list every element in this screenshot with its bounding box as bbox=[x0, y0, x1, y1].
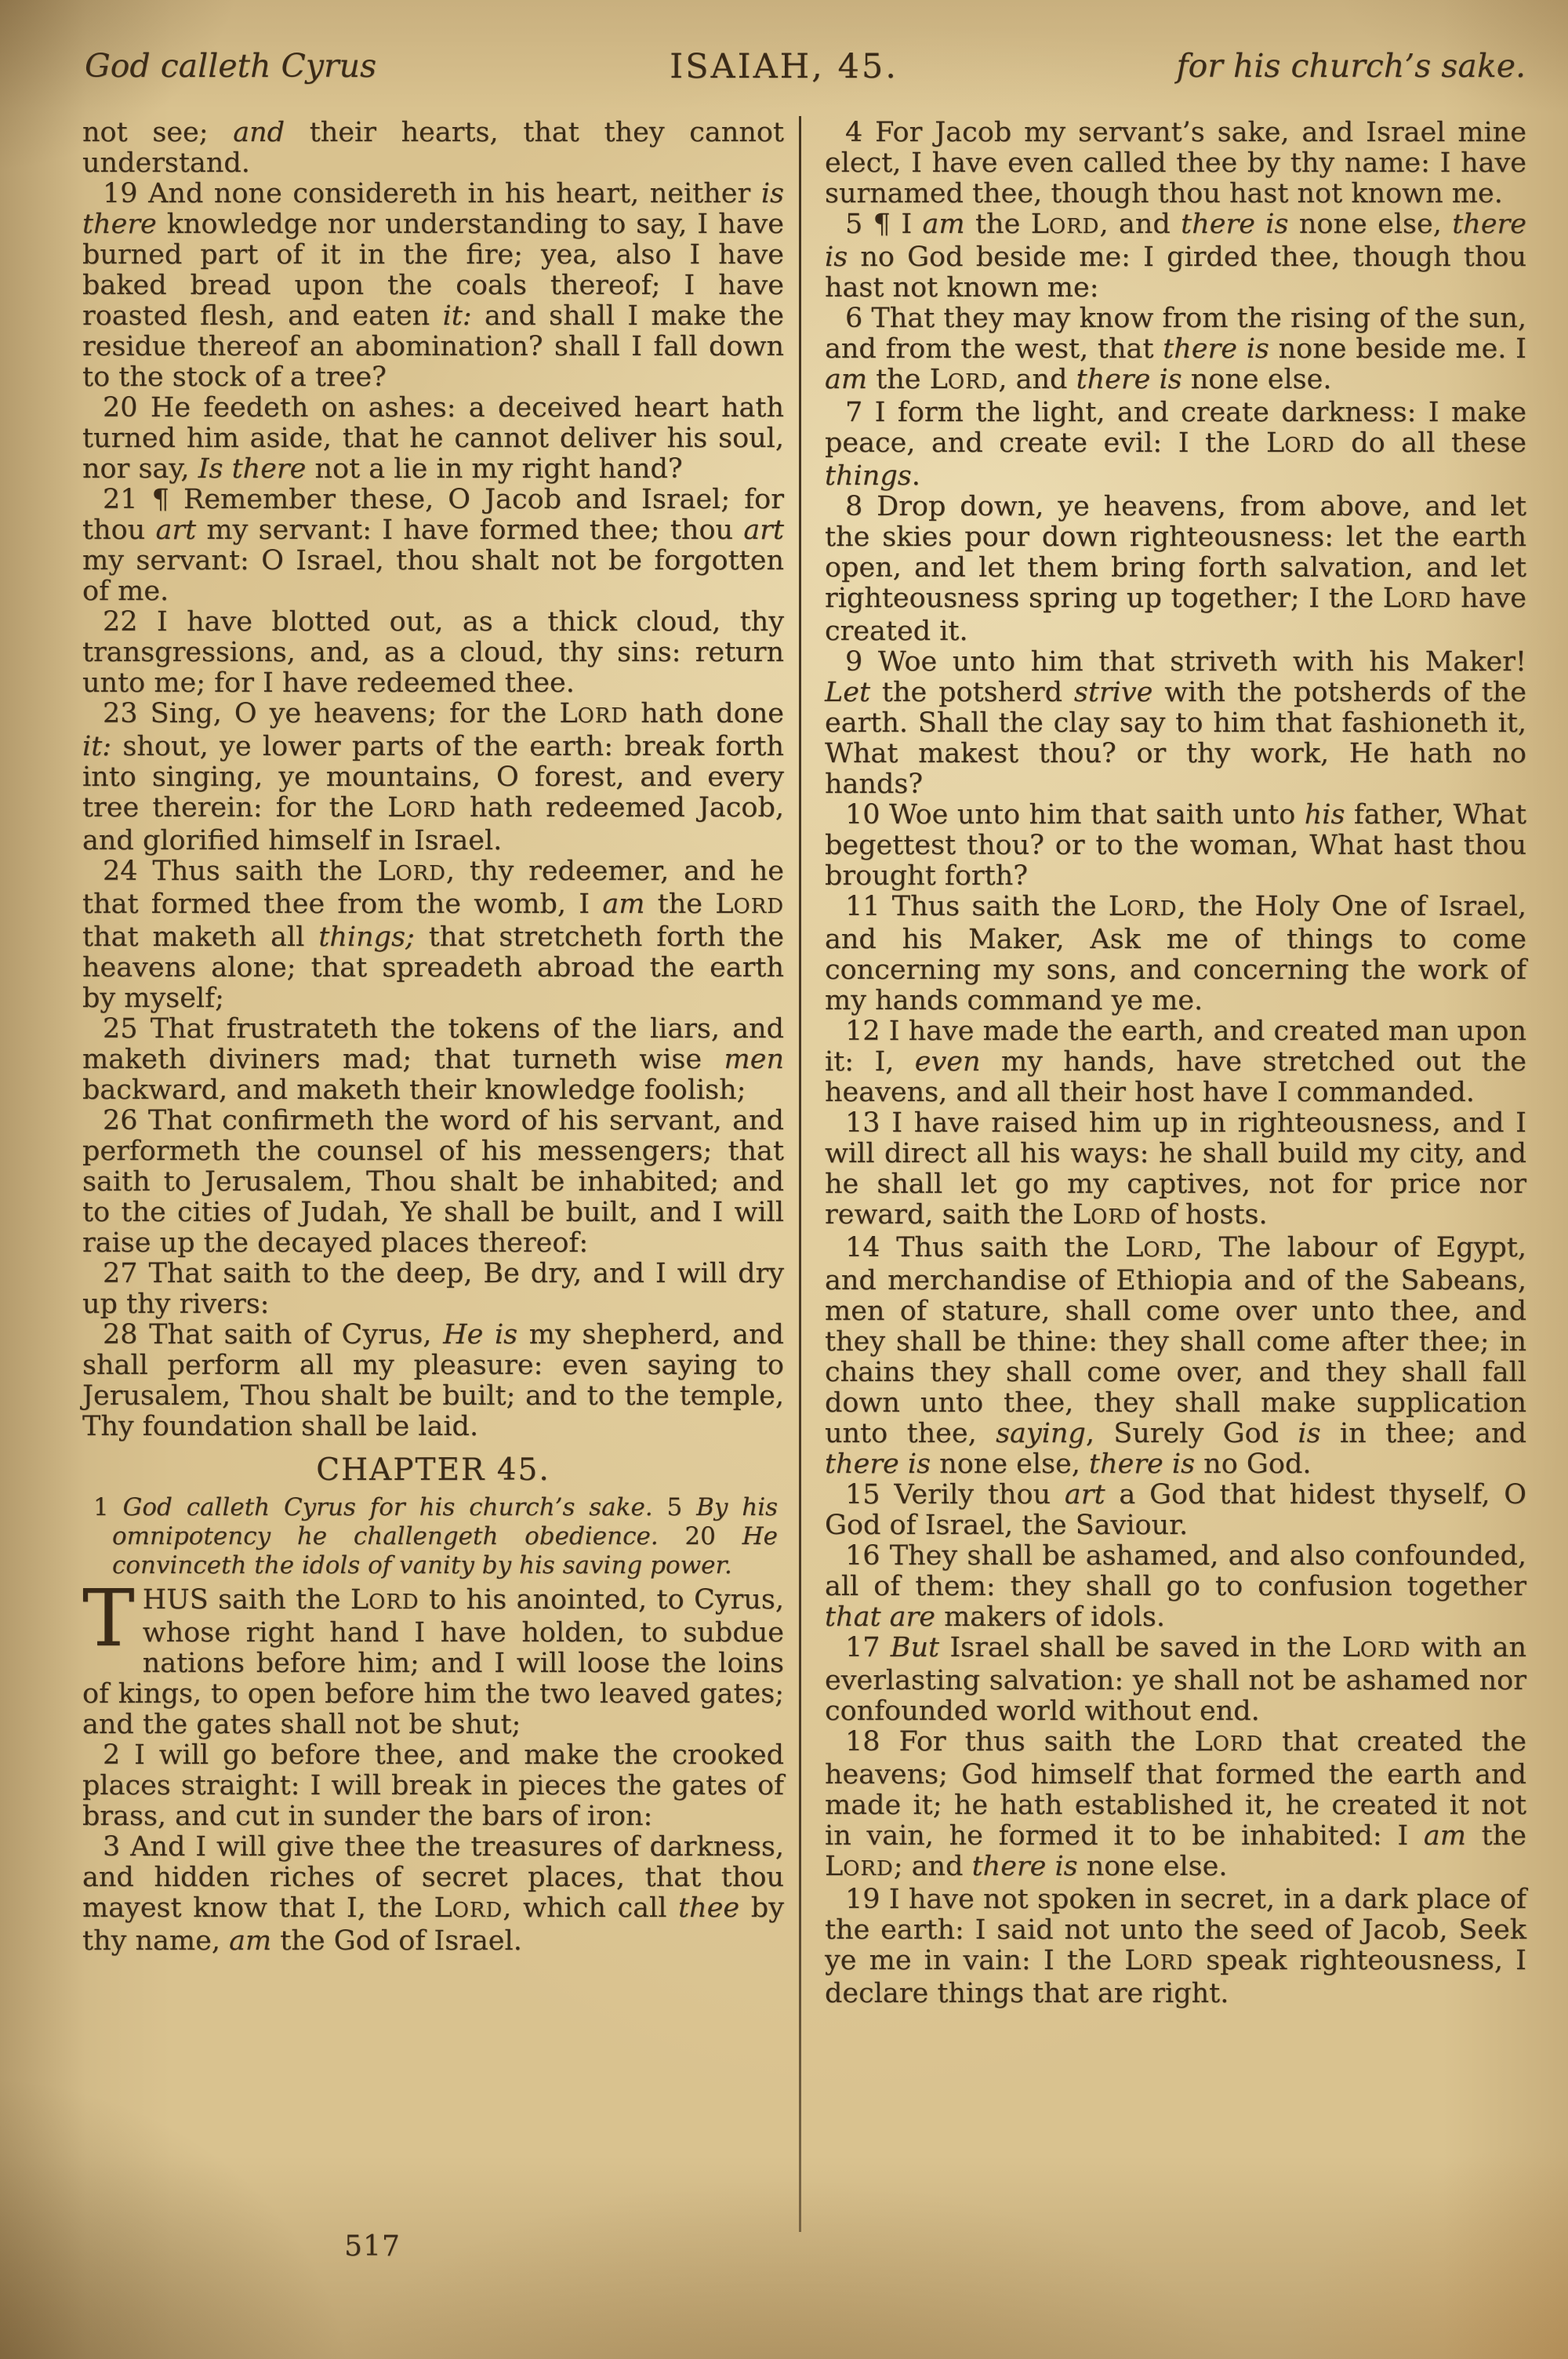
text-run: 23 Sing, O ye heavens; for the bbox=[103, 698, 559, 729]
ch44-v24: 24 Thus saith the LORD, thy redeemer, an… bbox=[82, 856, 784, 1014]
ch45-v8: 8 Drop down, ye heavens, from above, and… bbox=[825, 492, 1526, 647]
italic-supplied-word: am bbox=[923, 209, 965, 240]
ch45-v13: 13 I have raised him up in righteousness… bbox=[825, 1108, 1526, 1233]
text-run: 17 bbox=[845, 1632, 891, 1663]
italic-supplied-word: art bbox=[743, 514, 784, 546]
lord-small-letters: ORD bbox=[1127, 897, 1177, 921]
text-run: my servant: O Israel, thou shalt not be … bbox=[82, 545, 784, 607]
italic-supplied-word: there is bbox=[1089, 1448, 1195, 1480]
text-run: none beside me. I bbox=[1269, 333, 1526, 365]
ch45-v4: 4 For Jacob my servant’s sake, and Israe… bbox=[825, 118, 1526, 209]
text-run: none else. bbox=[1182, 364, 1332, 395]
lord-small-letters: ORD bbox=[1401, 589, 1451, 612]
italic-supplied-word: men bbox=[724, 1044, 784, 1075]
italic-supplied-word: that are bbox=[825, 1601, 935, 1633]
text-run: the bbox=[867, 364, 930, 395]
lord-smallcaps: LORD bbox=[715, 889, 784, 920]
page-number: 517 bbox=[82, 2230, 662, 2263]
italic-supplied-word: there is bbox=[1076, 364, 1182, 395]
text-run: makers of idols. bbox=[935, 1601, 1165, 1633]
lord-small-letters: ORD bbox=[405, 798, 456, 822]
ch44-v20: 20 He feedeth on ashes: a deceived heart… bbox=[82, 393, 784, 485]
lord-initial: L bbox=[559, 698, 577, 729]
lord-smallcaps: LORD bbox=[825, 1851, 894, 1882]
text-run: in thee; and bbox=[1321, 1418, 1526, 1449]
lord-smallcaps: LORD bbox=[387, 792, 456, 823]
text-run: 28 That saith of Cyrus, bbox=[103, 1319, 443, 1350]
text-run: not see; bbox=[82, 117, 233, 148]
text-run: no God beside me: I girded thee, though … bbox=[825, 242, 1526, 304]
text-run: , The labour of Egypt, and merchandise o… bbox=[825, 1232, 1526, 1449]
text-run: the bbox=[1466, 1820, 1526, 1852]
text-run: none else. bbox=[1078, 1851, 1228, 1882]
ch44-v19: 19 And none considereth in his heart, ne… bbox=[82, 179, 784, 393]
lord-smallcaps: LORD bbox=[559, 698, 628, 729]
text-run: do all these bbox=[1335, 427, 1526, 459]
lord-smallcaps: LORD bbox=[1342, 1632, 1411, 1663]
lord-initial: L bbox=[1073, 1199, 1091, 1230]
column-divider-rule bbox=[799, 116, 801, 2232]
text-run: 16 They shall be ashamed, and also confo… bbox=[825, 1540, 1526, 1602]
lord-small-letters: ORD bbox=[1091, 1205, 1141, 1229]
text-run: HUS saith the bbox=[143, 1584, 350, 1616]
italic-supplied-word: Is there bbox=[198, 453, 307, 485]
text-run: . bbox=[912, 460, 920, 492]
text-run: that maketh all bbox=[82, 921, 318, 953]
text-run: backward, and maketh their knowledge foo… bbox=[82, 1074, 746, 1106]
italic-supplied-word: saying bbox=[996, 1418, 1086, 1449]
text-run: 11 Thus saith the bbox=[845, 891, 1109, 922]
lord-initial: L bbox=[434, 1892, 452, 1924]
text-run: 1 bbox=[93, 1493, 123, 1521]
lord-small-letters: ORD bbox=[452, 1899, 503, 1922]
text-run: 20 bbox=[684, 1522, 742, 1550]
text-run: hath done bbox=[628, 698, 784, 729]
italic-supplied-word: Let bbox=[825, 677, 870, 708]
text-run: the bbox=[965, 209, 1031, 240]
drop-cap-initial: T bbox=[82, 1587, 143, 1651]
lord-initial: L bbox=[1109, 891, 1127, 922]
lord-initial: L bbox=[1125, 1232, 1143, 1263]
text-run: , and bbox=[998, 364, 1076, 395]
italic-supplied-word: it: bbox=[443, 300, 472, 332]
lord-small-letters: ORD bbox=[1284, 434, 1334, 457]
text-column-right: 4 For Jacob my servant’s sake, and Israe… bbox=[825, 118, 1526, 2009]
lord-smallcaps: LORD bbox=[1125, 1232, 1194, 1263]
ch45-v16: 16 They shall be ashamed, and also confo… bbox=[825, 1541, 1526, 1633]
lord-small-letters: ORD bbox=[368, 1590, 419, 1614]
ch44-v28: 28 That saith of Cyrus, He is my shepher… bbox=[82, 1320, 784, 1442]
lord-initial: L bbox=[1031, 209, 1049, 240]
text-run: 25 That frustrateth the tokens of the li… bbox=[82, 1013, 784, 1075]
ch45-v2: 2 I will go before thee, and make the cr… bbox=[82, 1740, 784, 1832]
lord-small-letters: ORD bbox=[734, 895, 784, 918]
italic-supplied-word: there is bbox=[1163, 333, 1269, 365]
text-column-left: not see; and their hearts, that they can… bbox=[82, 118, 784, 1957]
lord-smallcaps: LORD bbox=[930, 364, 999, 395]
lord-small-letters: ORD bbox=[1213, 1732, 1263, 1756]
ch44-v23: 23 Sing, O ye heavens; for the LORD hath… bbox=[82, 699, 784, 856]
italic-supplied-word: and bbox=[233, 117, 285, 148]
continuation-ch44-v18: not see; and their hearts, that they can… bbox=[82, 118, 784, 179]
italic-supplied-word: am bbox=[1424, 1820, 1466, 1852]
text-run: 27 That saith to the deep, Be dry, and I… bbox=[82, 1258, 784, 1320]
ch45-v12: 12 I have made the earth, and created ma… bbox=[825, 1016, 1526, 1108]
lord-smallcaps: LORD bbox=[377, 856, 446, 887]
ch45-v10: 10 Woe unto him that saith unto his fath… bbox=[825, 800, 1526, 892]
ch45-v19: 19 I have not spoken in secret, in a dar… bbox=[825, 1885, 1526, 2009]
text-run: 15 Verily thou bbox=[845, 1479, 1065, 1510]
text-run: 2 I will go before thee, and make the cr… bbox=[82, 1739, 784, 1832]
ch45-v1: THUS saith the LORD to his anointed, to … bbox=[82, 1585, 784, 1740]
lord-initial: L bbox=[1342, 1632, 1360, 1663]
text-run: 24 Thus saith the bbox=[103, 856, 377, 887]
text-run: the God of Israel. bbox=[271, 1925, 522, 1957]
lord-smallcaps: LORD bbox=[1124, 1945, 1193, 1976]
text-run: none else, bbox=[931, 1448, 1089, 1480]
text-run: 22 I have blotted out, as a thick cloud,… bbox=[82, 606, 784, 699]
ch45-v6: 6 That they may know from the rising of … bbox=[825, 304, 1526, 398]
lord-small-letters: ORD bbox=[843, 1857, 893, 1881]
ch45-v18: 18 For thus saith the LORD that created … bbox=[825, 1727, 1526, 1885]
italic-supplied-word: am bbox=[229, 1925, 271, 1957]
italic-supplied-word: art bbox=[1065, 1479, 1105, 1510]
lord-small-letters: ORD bbox=[948, 370, 998, 394]
lord-smallcaps: LORD bbox=[1266, 427, 1335, 459]
italic-supplied-word: is bbox=[1298, 1418, 1320, 1449]
italic-supplied-word: thee bbox=[678, 1892, 739, 1924]
lord-initial: L bbox=[715, 889, 733, 920]
text-run: 26 That confirmeth the word of his serva… bbox=[82, 1105, 784, 1259]
chapter-45-heading: CHAPTER 45. bbox=[82, 1455, 784, 1485]
italic-supplied-word: God calleth Cyrus for his church’s sake. bbox=[123, 1493, 667, 1521]
text-run: of hosts. bbox=[1142, 1199, 1268, 1230]
lord-initial: L bbox=[825, 1851, 843, 1882]
text-run: 19 And none considereth in his heart, ne… bbox=[103, 178, 761, 209]
lord-initial: L bbox=[1266, 427, 1284, 459]
lord-smallcaps: LORD bbox=[1073, 1199, 1142, 1230]
text-run: 5 ¶ I bbox=[845, 209, 923, 240]
italic-supplied-word: am bbox=[602, 889, 644, 920]
text-run: , which call bbox=[503, 1892, 678, 1924]
text-run: Israel shall be saved in the bbox=[939, 1632, 1342, 1663]
italic-supplied-word: even bbox=[915, 1046, 981, 1078]
lord-initial: L bbox=[387, 792, 405, 823]
lord-smallcaps: LORD bbox=[1031, 209, 1100, 240]
ch44-v25: 25 That frustrateth the tokens of the li… bbox=[82, 1014, 784, 1106]
ch45-v3: 3 And I will give thee the treasures of … bbox=[82, 1832, 784, 1957]
text-run: the potsherd bbox=[870, 677, 1074, 708]
ch45-v11: 11 Thus saith the LORD, the Holy One of … bbox=[825, 892, 1526, 1016]
lord-initial: L bbox=[930, 364, 948, 395]
italic-supplied-word: it: bbox=[82, 731, 111, 762]
ch44-v27: 27 That saith to the deep, Be dry, and I… bbox=[82, 1259, 784, 1320]
italic-supplied-word: his bbox=[1305, 799, 1345, 831]
lord-initial: L bbox=[377, 856, 395, 887]
chapter-45-summary: 1 God calleth Cyrus for his church’s sak… bbox=[82, 1493, 784, 1580]
lord-small-letters: ORD bbox=[1143, 1951, 1193, 1975]
ch45-v14: 14 Thus saith the LORD, The labour of Eg… bbox=[825, 1233, 1526, 1480]
italic-supplied-word: He is bbox=[443, 1319, 517, 1350]
text-run: the bbox=[644, 889, 715, 920]
lord-smallcaps: LORD bbox=[1194, 1726, 1263, 1757]
text-run: 18 For thus saith the bbox=[845, 1726, 1194, 1757]
ch45-v15: 15 Verily thou art a God that hidest thy… bbox=[825, 1480, 1526, 1541]
lord-initial: L bbox=[1194, 1726, 1212, 1757]
italic-supplied-word: there is bbox=[972, 1851, 1078, 1882]
scanned-bible-page: God calleth Cyrus ISAIAH, 45. for his ch… bbox=[0, 0, 1568, 2359]
ch44-v22: 22 I have blotted out, as a thick cloud,… bbox=[82, 607, 784, 699]
lord-smallcaps: LORD bbox=[350, 1584, 419, 1616]
text-run: 10 Woe unto him that saith unto bbox=[845, 799, 1305, 831]
lord-small-letters: ORD bbox=[578, 704, 628, 728]
lord-smallcaps: LORD bbox=[1383, 583, 1452, 614]
text-run: 14 Thus saith the bbox=[845, 1232, 1125, 1263]
text-run: not a lie in my right hand? bbox=[306, 453, 682, 485]
lord-small-letters: ORD bbox=[1143, 1238, 1193, 1262]
running-head-right: for his church’s sake. bbox=[1176, 47, 1526, 85]
text-run: 4 For Jacob my servant’s sake, and Israe… bbox=[825, 117, 1526, 209]
italic-supplied-word: But bbox=[891, 1632, 939, 1663]
lord-initial: L bbox=[1383, 583, 1401, 614]
italic-supplied-word: there is bbox=[825, 1448, 931, 1480]
text-run: none else, bbox=[1288, 209, 1452, 240]
text-run: 5 bbox=[667, 1493, 697, 1521]
italic-supplied-word: there is bbox=[1181, 209, 1288, 240]
lord-small-letters: ORD bbox=[395, 862, 445, 885]
italic-supplied-word: things bbox=[825, 460, 912, 492]
lord-smallcaps: LORD bbox=[1109, 891, 1178, 922]
italic-supplied-word: things; bbox=[318, 921, 415, 953]
lord-initial: L bbox=[350, 1584, 368, 1616]
italic-supplied-word: strive bbox=[1074, 677, 1152, 708]
ch45-v17: 17 But Israel shall be saved in the LORD… bbox=[825, 1633, 1526, 1727]
text-run: ; and bbox=[894, 1851, 972, 1882]
lord-initial: L bbox=[1124, 1945, 1142, 1976]
ch45-v9: 9 Woe unto him that striveth with his Ma… bbox=[825, 647, 1526, 800]
italic-supplied-word: am bbox=[825, 364, 867, 395]
text-run: , and bbox=[1099, 209, 1181, 240]
lord-smallcaps: LORD bbox=[434, 1892, 503, 1924]
italic-supplied-word: art bbox=[155, 514, 196, 546]
ch45-v7: 7 I form the light, and create darkness:… bbox=[825, 398, 1526, 492]
ch45-v5: 5 ¶ I am the LORD, and there is none els… bbox=[825, 209, 1526, 304]
text-run: 9 Woe unto him that striveth with his Ma… bbox=[845, 646, 1526, 678]
ch44-v26: 26 That confirmeth the word of his serva… bbox=[82, 1106, 784, 1259]
ch44-v21: 21 ¶ Remember these, O Jacob and Israel;… bbox=[82, 485, 784, 607]
text-run: my servant: I have formed thee; thou bbox=[196, 514, 743, 546]
lord-small-letters: ORD bbox=[1049, 215, 1099, 238]
text-run: , Surely God bbox=[1086, 1418, 1298, 1449]
text-run: no God. bbox=[1195, 1448, 1311, 1480]
lord-small-letters: ORD bbox=[1360, 1638, 1410, 1662]
